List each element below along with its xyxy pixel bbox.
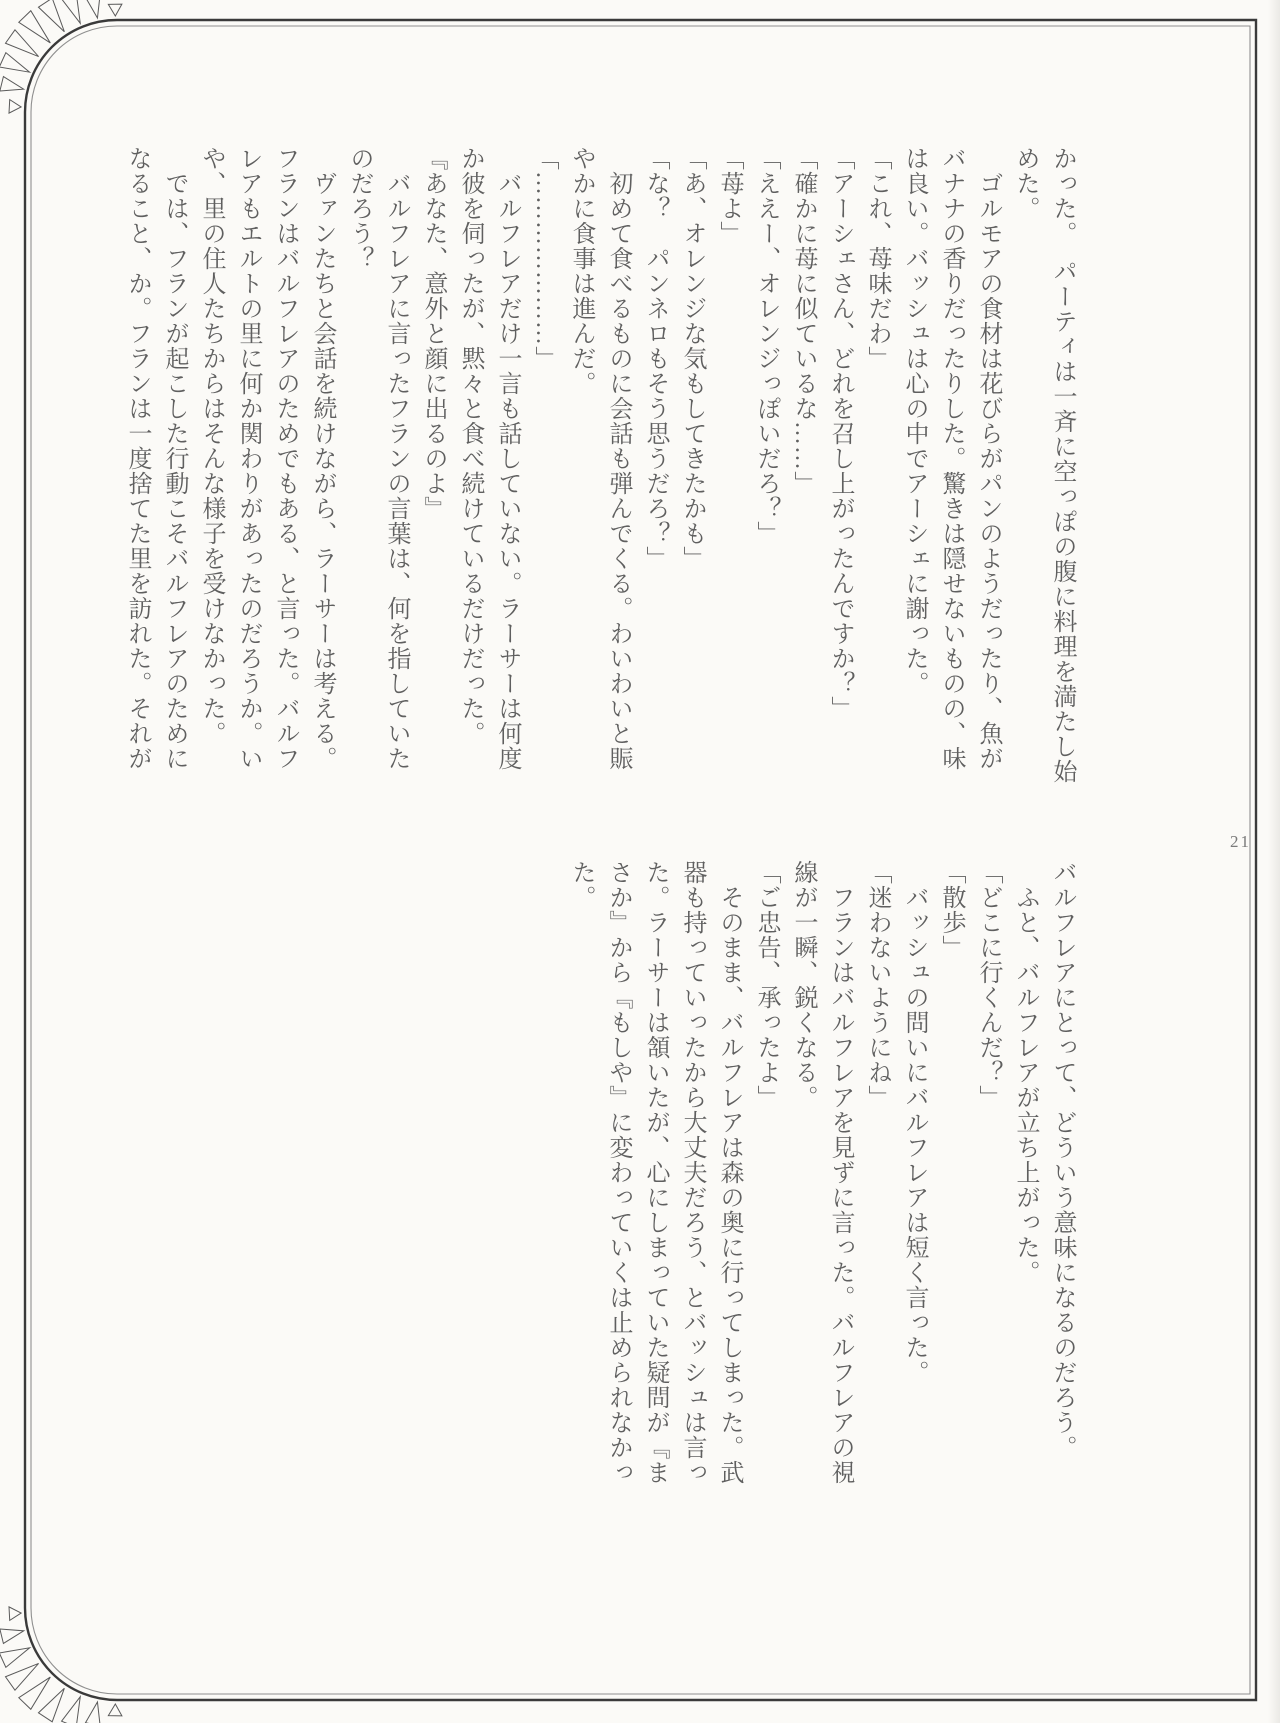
text-column: た。 [562,860,599,1512]
text-column: 初めて食べるものに会話も弾んでくる。わいわいと賑 [599,146,636,798]
fan-ray [85,1702,100,1723]
text-column: 『あなた、意外と顔に出るのよ』 [414,146,451,798]
text-column: 「確かに苺に似ているな……」 [784,146,821,798]
text-column: バルフレアにとって、どういう意味になるのだろう。 [1043,860,1080,1512]
text-column: 「…………………」 [525,146,562,798]
text-column: 「これ、苺味だわ」 [858,146,895,798]
text-column: バルフレアだけ一言も話していない。ラーサーは何度 [488,146,525,798]
text-column: フランはバルフレアを見ずに言った。バルフレアの視 [821,860,858,1512]
text-column: 「散歩」 [932,860,969,1512]
text-column: さか』から『もしや』に変わっていくは止められなかっ [599,860,636,1512]
book-page: かった。 パーティは一斉に空っぽの腹に料理を満たし始めた。 ゴルモアの食材は花び… [0,0,1280,1723]
text-column: ゴルモアの食材は花びらがパンのようだったり、魚が [969,146,1006,798]
corner-fan-ornament-bottom-left [0,1607,122,1723]
fan-ray [62,1697,81,1723]
text-column: のだろう？ [340,146,377,798]
text-column: 「ご忠告、承ったよ」 [747,860,784,1512]
text-column: めた。 [1006,146,1043,798]
fan-ray [62,0,81,23]
fan-ray [5,30,38,57]
fan-ray [0,1629,24,1644]
text-column: た。ラーサーは頷いたが、心にしまっていた疑問が『ま [636,860,673,1512]
corner-fan-ornament-top-left [0,0,122,113]
text-column: では、フランが起こした行動こそバルフレアのために [155,146,192,798]
fan-ray [38,1688,64,1722]
text-column: やかに食事は進んだ。 [562,146,599,798]
text-column: 「あ、オレンジな気もしてきたかも」 [673,146,710,798]
fan-ray [9,1607,21,1621]
text-column: 「アーシェさん、どれを召し上がったんですか？」 [821,146,858,798]
text-column: 「どこに行くんだ？」 [969,860,1006,1512]
fan-ray [85,0,100,18]
text-column: 「迷わないようにね」 [858,860,895,1512]
text-column: レアもエルトの里に何か関わりがあったのだろうか。い [229,146,266,798]
lower-text-band: バルフレアにとって、どういう意味になるのだろう。 ふと、バルフレアが立ち上がった… [118,860,1080,1512]
text-column: バッシュの問いにバルフレアは短く言った。 [895,860,932,1512]
text-column: 「な？ パンネロもそう思うだろ？」 [636,146,673,798]
text-column: や、里の住人たちからはそんな様子を受けなかった。 [192,146,229,798]
fan-ray [19,1677,51,1709]
text-column: ふと、バルフレアが立ち上がった。 [1006,860,1043,1512]
text-column: ヴァンたちと会話を続けながら、ラーサーは考える。 [303,146,340,798]
text-column: なること、か。フランは一度捨てた里を訪れた。それが [118,146,155,798]
fan-ray [108,4,122,16]
text-column: 「ええー、オレンジっぽいだろ？」 [747,146,784,798]
text-column: か彼を伺ったが、黙々と食べ続けているだけだった。 [451,146,488,798]
text-column: バルフレアに言ったフランの言葉は、何を指していた [377,146,414,798]
fan-ray [19,11,51,43]
text-column: フランはバルフレアのためでもある、と言った。バルフ [266,146,303,798]
text-column: 器も持っていったから大丈夫だろう、とバッシュは言っ [673,860,710,1512]
fan-ray [0,1648,30,1668]
text-column: は良い。バッシュは心の中でアーシェに謝った。 [895,146,932,798]
fan-ray [108,1704,122,1716]
text-column: 線が一瞬、鋭くなる。 [784,860,821,1512]
fan-ray [0,53,30,73]
text-column: 「苺よ」 [710,146,747,798]
fan-ray [0,77,24,92]
text-column: かった。 パーティは一斉に空っぽの腹に料理を満たし始 [1043,146,1080,798]
text-column: そのまま、バルフレアは森の奥に行ってしまった。武 [710,860,747,1512]
page-number: 21 [1230,832,1251,852]
upper-text-band: かった。 パーティは一斉に空っぽの腹に料理を満たし始めた。 ゴルモアの食材は花び… [118,146,1080,798]
text-column: バナナの香りだったりした。驚きは隠せないものの、味 [932,146,969,798]
fan-ray [9,100,21,114]
fan-ray [5,1663,38,1690]
fan-ray [38,0,64,32]
